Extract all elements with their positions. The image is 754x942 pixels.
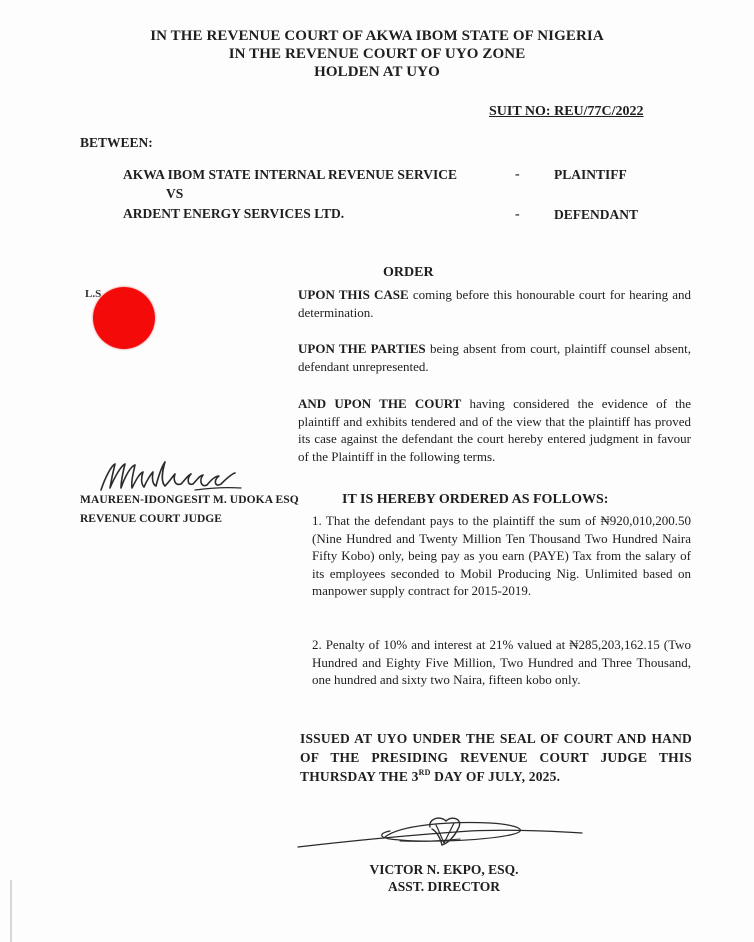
director-name: VICTOR N. EKPO, ESQ. [67, 861, 754, 878]
plaintiff-role: PLAINTIFF [554, 167, 627, 183]
plaintiff-name: AKWA IBOM STATE INTERNAL REVENUE SERVICE [123, 167, 457, 183]
issued-date-superscript: RD [419, 768, 431, 777]
court-seal-icon [93, 287, 155, 349]
page-edge-shadow [10, 880, 12, 942]
defendant-role: DEFENDANT [554, 207, 638, 223]
suit-number: SUIT NO: REU/77C/2022 [489, 104, 644, 120]
order-title: ORDER [383, 265, 434, 281]
defendant-name: ARDENT ENERGY SERVICES LTD. [123, 206, 344, 222]
court-order-document: IN THE REVENUE COURT OF AKWA IBOM STATE … [0, 0, 754, 942]
paragraph-lead: AND UPON THE COURT [298, 396, 461, 411]
judge-title: REVENUE COURT JUDGE [80, 513, 222, 525]
order-paragraph-case: UPON THIS CASE coming before this honour… [298, 286, 691, 321]
court-header-line2: IN THE REVENUE COURT OF UYO ZONE [0, 45, 754, 63]
order-item-1: 1. That the defendant pays to the plaint… [312, 512, 691, 600]
defendant-separator: - [515, 207, 520, 223]
judge-signature-icon [95, 458, 265, 494]
between-label: BETWEEN: [80, 135, 153, 151]
court-header-line3: HOLDEN AT UYO [0, 63, 754, 81]
paragraph-lead: UPON THE PARTIES [298, 341, 426, 356]
director-title: ASST. DIRECTOR [67, 878, 754, 895]
issued-date-text: DAY OF JULY, 2025. [431, 769, 561, 784]
issued-statement: ISSUED AT UYO UNDER THE SEAL OF COURT AN… [300, 729, 692, 786]
director-signature-icon [290, 815, 590, 860]
judge-name: MAUREEN-IDONGESIT M. UDOKA ESQ [80, 494, 299, 506]
plaintiff-separator: - [515, 167, 520, 183]
order-item-2: 2. Penalty of 10% and interest at 21% va… [312, 636, 691, 689]
court-header-line1: IN THE REVENUE COURT OF AKWA IBOM STATE … [0, 27, 754, 45]
order-paragraph-parties: UPON THE PARTIES being absent from court… [298, 340, 691, 375]
seal-label: L.S [85, 288, 101, 300]
order-paragraph-court: AND UPON THE COURT having considered the… [298, 395, 691, 465]
paragraph-lead: UPON THIS CASE [298, 287, 409, 302]
versus-label: VS [166, 186, 183, 202]
ordered-heading: IT IS HEREBY ORDERED AS FOLLOWS: [342, 492, 608, 508]
